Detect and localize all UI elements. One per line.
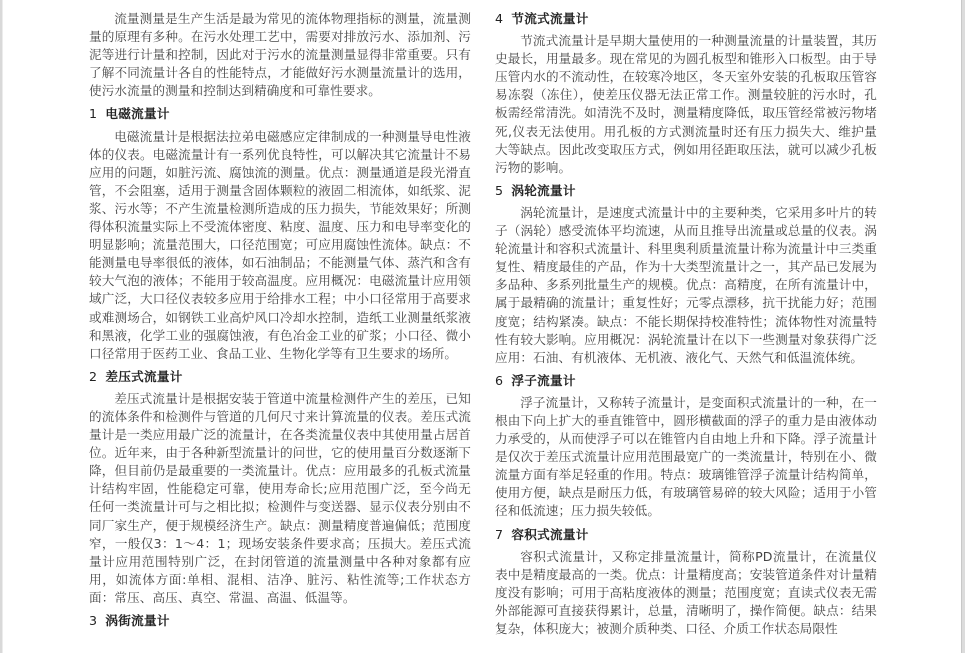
- section-body-electromagnetic: 电磁流量计是根据法拉弟电磁感应定律制成的一种测量导电性液体的仪表。电磁流量计有一…: [89, 128, 471, 363]
- left-column: 流量测量是生产生活是最为常见的流体物理指标的测量，流量测量的原理有多种。在污水处…: [89, 10, 471, 634]
- section-body-positive-displacement: 容积式流量计，又称定排量流量计，简称PD流量计，在流量仪表中是精度最高的一类。优…: [495, 548, 877, 638]
- section-body-throttling: 节流式流量计是早期大量使用的一种测量流量的计量装置，其历史最长，用量最多。现在常…: [495, 32, 877, 177]
- section-title: 涡轮流量计: [511, 183, 575, 198]
- section-title: 涡街流量计: [105, 613, 169, 628]
- section-number: 4: [495, 11, 503, 26]
- section-number: 2: [89, 369, 97, 384]
- section-heading-turbine: 5涡轮流量计: [495, 182, 877, 200]
- section-body-differential-pressure: 差压式流量计是根据安装于管道中流量检测件产生的差压，已知的流体条件和检测件与管道…: [89, 390, 471, 607]
- section-title: 节流式流量计: [511, 11, 588, 26]
- section-number: 5: [495, 183, 503, 198]
- page-left-edge: [0, 0, 3, 653]
- section-heading-throttling: 4节流式流量计: [495, 10, 877, 28]
- page-right-edge: [961, 0, 965, 653]
- section-heading-positive-displacement: 7容积式流量计: [495, 526, 877, 544]
- section-title: 电磁流量计: [105, 106, 169, 121]
- section-number: 7: [495, 527, 503, 542]
- section-heading-differential-pressure: 2差压式流量计: [89, 368, 471, 386]
- section-heading-float: 6浮子流量计: [495, 372, 877, 390]
- section-number: 6: [495, 373, 503, 388]
- section-title: 浮子流量计: [511, 373, 575, 388]
- intro-paragraph: 流量测量是生产生活是最为常见的流体物理指标的测量，流量测量的原理有多种。在污水处…: [89, 10, 471, 100]
- section-number: 3: [89, 613, 97, 628]
- section-body-float: 浮子流量计，又称转子流量计，是变面积式流量计的一种，在一根由下向上扩大的垂直锥管…: [495, 394, 877, 521]
- right-column: 4节流式流量计 节流式流量计是早期大量使用的一种测量流量的计量装置，其历史最长，…: [495, 10, 877, 638]
- section-heading-electromagnetic: 1电磁流量计: [89, 105, 471, 123]
- section-title: 差压式流量计: [105, 369, 182, 384]
- section-heading-vortex: 3涡街流量计: [89, 612, 471, 630]
- section-number: 1: [89, 106, 97, 121]
- section-title: 容积式流量计: [511, 527, 588, 542]
- section-body-turbine: 涡轮流量计，是速度式流量计中的主要种类，它采用多叶片的转子（涡轮）感受流体平均流…: [495, 204, 877, 367]
